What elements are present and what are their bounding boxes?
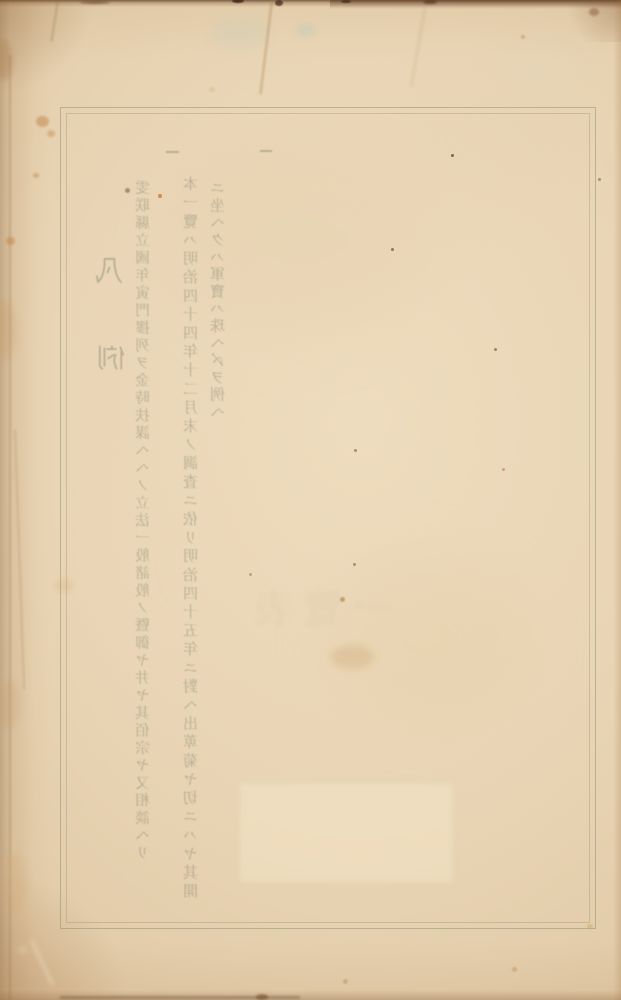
foxing-spot [341,0,351,3]
foxing-spot [451,154,454,157]
foxing-spot [256,994,268,1000]
foxing-spot [232,0,244,3]
foxing-spot [275,0,283,6]
foxing-spot [80,1,110,4]
foxing-spot [587,924,593,929]
foxing-spot [494,348,497,351]
foxing-spot [0,680,20,730]
foxing-spot [1,853,27,913]
foxing-spot [158,194,162,198]
foxing-spot [47,130,55,137]
foxing-spot [343,979,348,984]
foxing-spot [512,967,517,972]
foxing-spot [502,468,505,471]
foxing-spot [0,40,13,80]
foxing-spot [353,563,356,566]
foxing-spot-layer [0,0,621,1000]
foxing-spot [354,449,357,452]
foxing-spot [340,597,345,602]
foxing-spot [589,8,599,16]
foxing-spot [521,35,525,39]
foxing-spot [209,87,215,92]
foxing-spot [391,248,394,251]
foxing-spot [249,573,252,576]
foxing-spot [6,237,15,245]
foxing-spot [598,178,601,181]
foxing-spot [36,116,49,127]
foxing-spot [125,188,130,193]
foxing-spot [423,0,437,4]
foxing-spot [0,300,16,360]
foxing-spot [33,173,39,178]
scanned-book-page: 一覽表 ニ坐ヘクハ軍寶ハ珠ヘ〆ヲ例ヘ本一覽ハ明治四十四年十二月末ノ調査ニ依リ明治… [0,0,621,1000]
